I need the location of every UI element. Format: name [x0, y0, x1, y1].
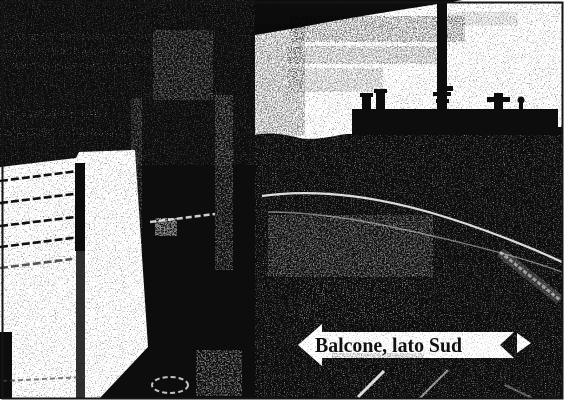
direction-arrow: Balcone, lato Sud — [298, 324, 531, 368]
scanned-page: Balcone, lato Sud — [0, 0, 569, 406]
balcony-photo: Balcone, lato Sud — [0, 0, 569, 406]
balcony-photo-figure: Balcone, lato Sud — [0, 0, 569, 406]
panel-divider — [76, 250, 85, 398]
left-wall — [0, 150, 148, 398]
railing-post — [75, 163, 85, 251]
